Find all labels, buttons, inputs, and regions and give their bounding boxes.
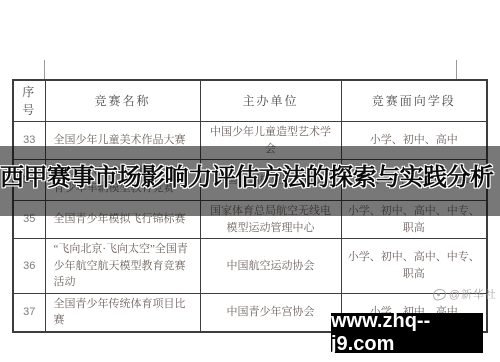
table-row: 36 “飞向北京·飞向太空”全国青少年航空航天模型教育竞赛活动 中国航空运动协会… <box>13 239 487 294</box>
cell-organizer: 中国航空运动协会 <box>200 239 341 294</box>
cell-name: 全国青少年传统体育项目比赛 <box>45 293 200 332</box>
header-level: 竞赛面向学段 <box>341 80 487 122</box>
cell-organizer: 中国青少年宫协会 <box>200 293 341 332</box>
header-no: 序号 <box>13 80 45 122</box>
cell-name: “飞向北京·飞向太空”全国青少年航空航天模型教育竞赛活动 <box>45 239 200 294</box>
cell-no: 37 <box>13 293 45 332</box>
site-url-text: www.zhq--j9.com <box>331 310 483 356</box>
headline-title: 西甲赛事市场影响力评估方法的探索与实践分析 <box>0 161 500 197</box>
table-header-row: 序号 竞赛名称 主办单位 竞赛面向学段 <box>13 80 487 122</box>
site-url-plate: www.zhq--j9.com <box>331 313 483 353</box>
cell-no: 36 <box>13 239 45 294</box>
crop-tick-right <box>456 60 457 79</box>
source-watermark: @新华社 <box>433 286 497 302</box>
weibo-icon <box>432 287 447 300</box>
header-name: 竞赛名称 <box>45 80 200 122</box>
header-organizer: 主办单位 <box>200 80 341 122</box>
cell-level: 小学、初中、高中、中专、职高 <box>341 239 487 294</box>
article-image: 序号 竞赛名称 主办单位 竞赛面向学段 33 全国少年儿童美术作品大赛 中国少年… <box>0 0 500 362</box>
crop-tick-left <box>44 60 45 79</box>
source-credit-text: @新华社 <box>449 286 497 302</box>
